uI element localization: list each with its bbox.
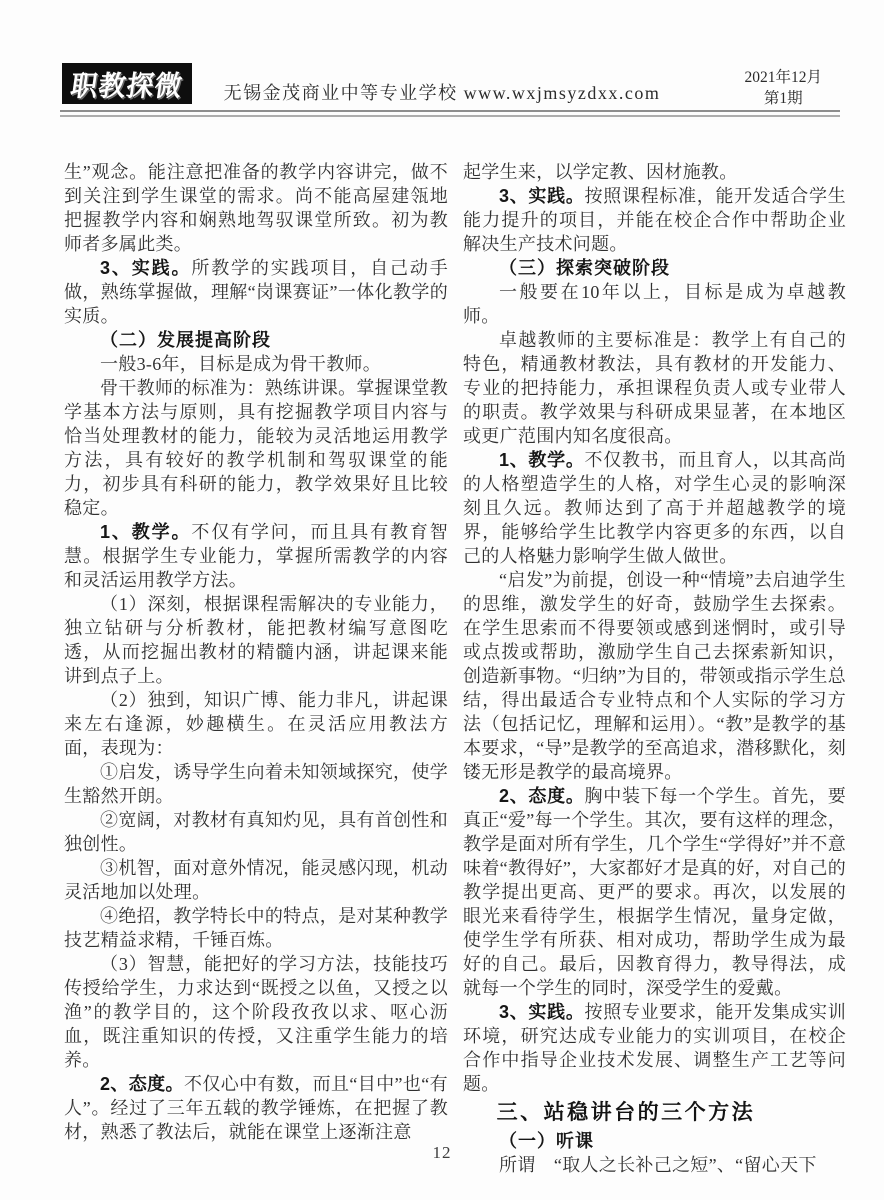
paragraph-lead: 1、教学。 (499, 450, 585, 470)
left-column: 生”观念。能注意把准备的教学内容讲完，做不到关注到学生课堂的需求。尚不能高屋建瓴… (64, 160, 448, 1144)
paragraph: 骨干教师的标准为：熟练讲课。掌握课堂教学基本方法与原则，具有挖掘教学项目内容与恰… (64, 376, 448, 520)
paragraph: 1、教学。不仅有学问，而且具有教育智慧。根据学生专业能力，掌握所需教学的内容和灵… (64, 520, 448, 592)
paragraph-lead: 3、实践。 (499, 1002, 585, 1022)
paragraph: ③机智，面对意外情况，能灵感闪现，机动灵活地加以处理。 (64, 856, 448, 904)
paragraph: （1）深刻，根据课程需解决的专业能力，独立钻研与分析教材，能把教材编写意图吃透，… (64, 592, 448, 688)
subsection-heading: （二）发展提高阶段 (64, 328, 448, 352)
paragraph: 卓越教师的主要标准是：教学上有自己的特色，精通教材教法，具有教材的开发能力、专业… (463, 328, 846, 448)
paragraph: 一般3-6年，目标是成为骨干教师。 (64, 352, 448, 376)
journal-logo-text: 职教探微 (68, 63, 186, 104)
subsection-heading: （三）探索突破阶段 (463, 256, 846, 280)
section-heading: 三、站稳讲台的三个方法 (463, 1099, 846, 1127)
paragraph-lead: 1、教学。 (100, 522, 191, 542)
issue-date: 2021年12月 (744, 67, 822, 88)
paragraph: ①启发，诱导学生向着未知领域探究，使学生豁然开朗。 (64, 760, 448, 808)
paragraph: 3、实践。按照专业要求，能开发集成实训环境，研究达成专业能力的实训项目，在校企合… (463, 1000, 846, 1096)
school-name-and-url: 无锡金茂商业中等专业学校 www.wxjmsyzdxx.com (224, 79, 661, 105)
paragraph-lead: 3、实践。 (100, 258, 191, 278)
paragraph: 起学生来，以学定教、因材施教。 (463, 160, 846, 184)
paragraph: 一般要在10年以上，目标是成为卓越教师。 (463, 280, 846, 328)
paragraph-lead: 2、态度。 (499, 786, 585, 806)
issue-info: 2021年12月 第1期 (744, 67, 822, 109)
paragraph-lead: 3、实践。 (499, 186, 585, 206)
journal-logo: 职教探微 (62, 63, 192, 104)
paragraph: （2）独到，知识广博、能力非凡，讲起课来左右逢源，妙趣横生。在灵活应用教法方面，… (64, 688, 448, 760)
paragraph: ②宽阔，对教材有真知灼见，具有首创性和独创性。 (64, 808, 448, 856)
paragraph-lead: 2、态度。 (100, 1074, 184, 1094)
paragraph: 3、实践。所教学的实践项目，自己动手做，熟练掌握做，理解“岗课赛证”一体化教学的… (64, 256, 448, 328)
paragraph: “启发”为前提，创设一种“情境”去启迪学生的思维，激发学生的好奇，鼓励学生去探索… (463, 568, 846, 784)
issue-number: 第1期 (744, 88, 822, 109)
right-column: 起学生来，以学定教、因材施教。 3、实践。按照课程标准，能开发适合学生能力提升的… (463, 160, 846, 1177)
paragraph: 1、教学。不仅教书，而且育人，以其高尚的人格塑造学生的人格，对学生心灵的影响深刻… (463, 448, 846, 568)
journal-page: 职教探微 无锡金茂商业中等专业学校 www.wxjmsyzdxx.com 202… (0, 0, 884, 1200)
paragraph: 2、态度。胸中装下每一个学生。首先，要真正“爱”每一个学生。其次，要有这样的理念… (463, 784, 846, 1000)
paragraph: （3）智慧，能把好的学习方法，技能技巧传授给学生，力求达到“既授之以鱼，又授之以… (64, 952, 448, 1072)
page-number: 12 (0, 1143, 884, 1163)
paragraph: 3、实践。按照课程标准，能开发适合学生能力提升的项目，并能在校企合作中帮助企业解… (463, 184, 846, 256)
header-divider (60, 110, 840, 117)
paragraph: 2、态度。不仅心中有数，而且“目中”也“有人”。经过了三年五载的教学锤炼，在把握… (64, 1072, 448, 1144)
paragraph: 生”观念。能注意把准备的教学内容讲完，做不到关注到学生课堂的需求。尚不能高屋建瓴… (64, 160, 448, 256)
paragraph: ④绝招，教学特长中的特点，是对某种教学技艺精益求精，千锤百炼。 (64, 904, 448, 952)
